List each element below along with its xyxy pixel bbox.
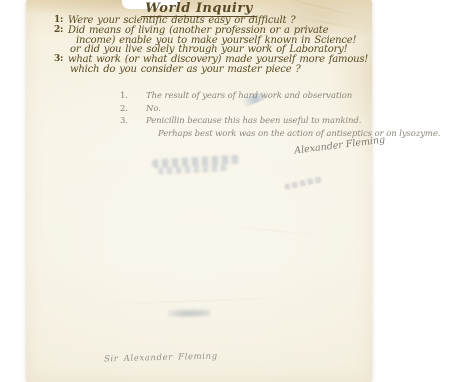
paper-crease <box>86 296 306 306</box>
question-3-number: 3: <box>54 55 68 65</box>
questionnaire: 1: Were your scientific debuts easy or d… <box>54 16 366 75</box>
handwritten-answers: 1. The result of years of hard work and … <box>120 90 370 140</box>
document-title: World Inquiry <box>26 1 372 16</box>
answer-1: 1. The result of years of hard work and … <box>120 90 370 103</box>
answer-1-number: 1. <box>120 90 146 103</box>
answer-3-number: 3. <box>120 115 146 128</box>
faint-smudge <box>168 308 210 319</box>
show-through-writing <box>152 155 240 169</box>
manuscript-page: World Inquiry 1: Were your scientific de… <box>26 0 372 382</box>
show-through-writing <box>158 164 228 175</box>
answer-3-text: Penicillin because this has been useful … <box>146 115 361 128</box>
answer-2-number: 2. <box>120 103 146 116</box>
answer-3-extra-text: Perhaps best work was on the action of a… <box>158 128 440 141</box>
photo-stage: World Inquiry 1: Were your scientific de… <box>0 0 468 382</box>
question-2-number: 2: <box>54 26 68 36</box>
attribution-note: Sir Alexander Fleming <box>104 352 218 365</box>
answer-3-continued: Perhaps best work was on the action of a… <box>120 128 370 141</box>
answer-2-text: No. <box>146 103 161 116</box>
question-3-text-line2: which do you consider as your master pie… <box>70 65 301 75</box>
answer-2: 2. No. <box>120 103 370 116</box>
question-3-continued: which do you consider as your master pie… <box>54 65 366 75</box>
answer-1-text: The result of years of hard work and obs… <box>146 90 352 103</box>
paper-crease <box>206 223 345 240</box>
answer-3: 3. Penicillin because this has been usef… <box>120 115 370 128</box>
faint-pencil-mark <box>284 176 324 190</box>
